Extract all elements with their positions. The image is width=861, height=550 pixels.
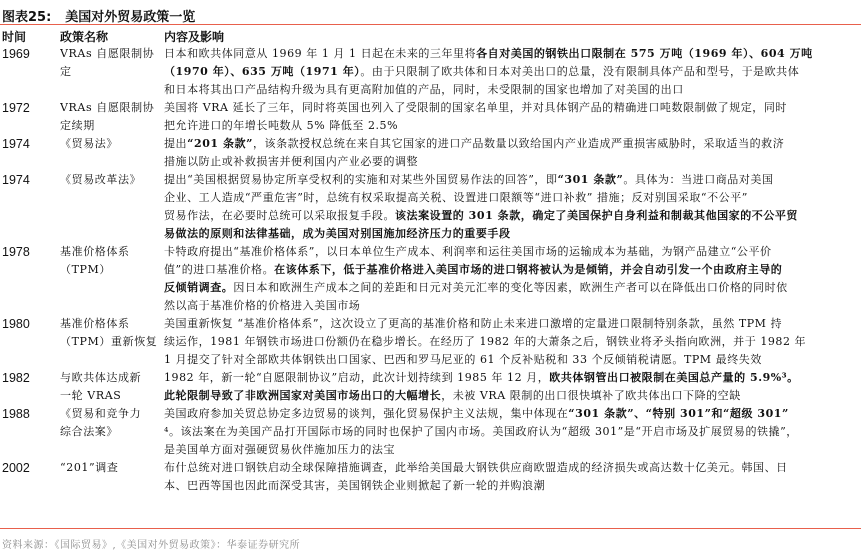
policy-table-body: 1969VRAs 自愿限制协定日本和欧共体同意从 1969 年 1 月 1 日起… [0,45,861,495]
content-line: 反倾销调查。因日本和欧洲生产成本之间的差距和日元对美元汇率的变化等因素，欧洲生产… [164,279,861,297]
figure-label: 图表25: [2,10,51,25]
body-text: 美国将 VRA 延长了三年，同时将英国也列入了受限制的国家名单里，并对具体钢产品… [164,101,787,114]
body-text: 是美国单方面对强硬贸易伙伴施加压力的法宝 [164,443,395,456]
policy-name-line: 《贸易和竞争力 [60,405,164,423]
content-line: 日本和欧共体同意从 1969 年 1 月 1 日起在未来的三年里将各自对美国的钢… [164,45,861,63]
content-line: 易做法的原则和法律基础，成为美国对别国施加经济压力的重要手段 [164,225,861,243]
policy-year: 1969 [0,45,60,99]
body-text: ，未被 VRA 限制的出口很快填补了欧共体出口下降的空缺 [441,389,741,402]
policy-content: 美国重新恢复 “基准价格体系”，这次设立了更高的基准价格和防止未来进口激增的定量… [164,315,861,369]
content-line: 1 月提交了针对全部欧共体钢铁出口国家、巴西和罗马尼亚的 61 个反补贴税和 3… [164,351,861,369]
emphasis-text: “201 条款” [187,137,253,150]
content-line: 然以高于基准价格的价格进入美国市场 [164,297,861,315]
figure-title-text: 美国对外贸易政策一览 [65,10,195,25]
body-text: 企业、工人造成“严重危害”时，总统有权采取提高关税、设置进口限额等“进口补救” … [164,191,748,204]
policy-year: 1978 [0,243,60,315]
emphasis-text: 各自对美国的钢铁出口限制在 575 万吨（1969 年）、604 万吨 [476,47,813,60]
body-text: 1982 年，新一轮“自愿限制协议”启动，此次计划持续到 1985 年 12 月… [164,371,549,384]
policy-name: 《贸易和竞争力综合法案》 [60,405,164,459]
emphasis-text: （1970 年）、635 万吨（1971 年） [164,65,360,78]
content-line: 把允许进口的年增长吨数从 5% 降低至 2.5% [164,117,861,135]
body-text: 布什总统对进口钢铁启动全球保障措施调查，此举给美国最大钢铁供应商欧盟造成的经济损… [164,461,788,474]
table-header: 时间 政策名称 内容及影响 [0,27,861,45]
body-text: 日本和欧共体同意从 1969 年 1 月 1 日起在未来的三年里将 [164,47,476,60]
body-text: 1 月提交了针对全部欧共体钢铁出口国家、巴西和罗马尼亚的 61 个反补贴税和 3… [164,353,762,366]
body-text: 把允许进口的年增长吨数从 5% 降低至 2.5% [164,119,398,132]
table-row: 1980基准价格体系（TPM）重新恢复美国重新恢复 “基准价格体系”，这次设立了… [0,315,861,369]
table-row: 1972VRAs 自愿限制协定续期美国将 VRA 延长了三年，同时将英国也列入了… [0,99,861,135]
body-text: 。由于只限制了欧共体和日本对美出口的总量，没有限制具体产品和型号，于是欧共体 [360,65,799,78]
content-line: ⁴。该法案在为美国产品打开国际市场的同时也保护了国内市场。美国政府认为“超级 3… [164,423,861,441]
policy-year: 2002 [0,459,60,495]
content-line: 此轮限制导致了非欧洲国家对美国市场出口的大幅增长，未被 VRA 限制的出口很快填… [164,387,861,405]
content-line: 和日本将其出口产品结构升级为具有更高附加值的产品，同时，未受限制的国家也增加了对… [164,81,861,99]
content-line: 提出“美国根据贸易协定所享受权利的实施和对某些外国贸易作法的回答”，即“301 … [164,171,861,189]
header-policy-name: 政策名称 [60,28,108,45]
policy-name: 基准价格体系（TPM） [60,243,164,315]
content-line: 本、巴西等国也因此而深受其害，美国钢铁企业则掀起了新一轮的并购浪潮 [164,477,861,495]
policy-year: 1980 [0,315,60,369]
body-text: ，该条款授权总统在来自其它国家的进口产品数量以致给国内产业造成严重损害威胁时，采… [253,137,784,150]
emphasis-text: 在该体系下，低于基准价格进入美国市场的进口钢将被认为是倾销，并会自动引发一个由政… [274,263,782,276]
policy-content: 美国政府参加关贸总协定多边贸易的谈判，强化贸易保护主义法规，集中体现在“301 … [164,405,861,459]
body-text: 续运作，1981 年钢铁市场进口份额仍在稳步增长。在经历了 1982 年的大萧条… [164,335,806,348]
policy-name-line: 一轮 VRAS [60,387,164,405]
body-text: 和日本将其出口产品结构升级为具有更高附加值的产品，同时，未受限制的国家也增加了对… [164,83,684,96]
body-text: 卡特政府提出“基准价格体系”，以日本单位生产成本、利润率和运往美国市场的运输成本… [164,245,772,258]
body-text: 措施以防止或补救损害并便利国内产业必要的调整 [164,155,418,168]
table-row: 1974《贸易改革法》提出“美国根据贸易协定所享受权利的实施和对某些外国贸易作法… [0,171,861,243]
policy-name-line: 基准价格体系 [60,243,164,261]
body-text: 美国重新恢复 “基准价格体系”，这次设立了更高的基准价格和防止未来进口激增的定量… [164,317,782,330]
content-line: 续运作，1981 年钢铁市场进口份额仍在稳步增长。在经历了 1982 年的大萧条… [164,333,861,351]
table-row: 1988《贸易和竞争力综合法案》美国政府参加关贸总协定多边贸易的谈判，强化贸易保… [0,405,861,459]
body-text: 本、巴西等国也因此而深受其害，美国钢铁企业则掀起了新一轮的并购浪潮 [164,479,545,492]
policy-name: 《贸易改革法》 [60,171,164,243]
body-text: 提出“美国根据贸易协定所享受权利的实施和对某些外国贸易作法的回答”，即 [164,173,558,186]
policy-name-line: 与欧共体达成新 [60,369,164,387]
policy-name-line: 基准价格体系 [60,315,164,333]
content-line: 卡特政府提出“基准价格体系”，以日本单位生产成本、利润率和运往美国市场的运输成本… [164,243,861,261]
emphasis-text: 该法案设置的 301 条款，确定了美国保护自身利益和制裁其他国家的不公平贸 [395,209,798,222]
table-row: 1982与欧共体达成新一轮 VRAS1982 年，新一轮“自愿限制协议”启动，此… [0,369,861,405]
policy-name: VRAs 自愿限制协定续期 [60,99,164,135]
content-line: （1970 年）、635 万吨（1971 年）。由于只限制了欧共体和日本对美出口… [164,63,861,81]
content-line: 提出“201 条款”，该条款授权总统在来自其它国家的进口产品数量以致给国内产业造… [164,135,861,153]
content-line: 措施以防止或补救损害并便利国内产业必要的调整 [164,153,861,171]
policy-year: 1974 [0,171,60,243]
policy-content: 提出“201 条款”，该条款授权总统在来自其它国家的进口产品数量以致给国内产业造… [164,135,861,171]
emphasis-text: “301 条款”、“特别 301”和“超级 301” [568,407,789,420]
body-text: 因日本和欧洲生产成本之间的差距和日元对美元汇率的变化等因素，欧洲生产者可以在降低… [233,281,787,294]
policy-content: 美国将 VRA 延长了三年，同时将英国也列入了受限制的国家名单里，并对具体钢产品… [164,99,861,135]
policy-year: 1972 [0,99,60,135]
body-text: 。具体为：当进口商品对美国 [623,173,773,186]
policy-year: 1988 [0,405,60,459]
policy-name-line: （TPM）重新恢复 [60,333,164,351]
policy-name-line: （TPM） [60,261,164,279]
policy-name: “201”调查 [60,459,164,495]
content-line: 布什总统对进口钢铁启动全球保障措施调查，此举给美国最大钢铁供应商欧盟造成的经济损… [164,459,861,477]
content-line: 美国重新恢复 “基准价格体系”，这次设立了更高的基准价格和防止未来进口激增的定量… [164,315,861,333]
emphasis-text: 此轮限制导致了非欧洲国家对美国市场出口的大幅增长 [164,389,441,402]
content-line: 1982 年，新一轮“自愿限制协议”启动，此次计划持续到 1985 年 12 月… [164,369,861,387]
body-text: 提出 [164,137,187,150]
content-line: 美国政府参加关贸总协定多边贸易的谈判，强化贸易保护主义法规，集中体现在“301 … [164,405,861,423]
content-line: 值”的进口基准价格。在该体系下，低于基准价格进入美国市场的进口钢将被认为是倾销，… [164,261,861,279]
content-line: 美国将 VRA 延长了三年，同时将英国也列入了受限制的国家名单里，并对具体钢产品… [164,99,861,117]
table-row: 2002“201”调查布什总统对进口钢铁启动全球保障措施调查，此举给美国最大钢铁… [0,459,861,495]
policy-name: 《贸易法》 [60,135,164,171]
header-content: 内容及影响 [164,28,224,45]
policy-content: 布什总统对进口钢铁启动全球保障措施调查，此举给美国最大钢铁供应商欧盟造成的经济损… [164,459,861,495]
policy-name-line: 《贸易法》 [60,135,164,153]
policy-name: VRAs 自愿限制协定 [60,45,164,99]
emphasis-text: 欧共体钢管出口被限制在美国总产量的 5.9%³。 [549,371,798,384]
figure-title: 图表25:美国对外贸易政策一览 [2,6,195,25]
policy-name-line: 综合法案》 [60,423,164,441]
body-text: 值”的进口基准价格。 [164,263,274,276]
body-text: 然以高于基准价格的价格进入美国市场 [164,299,360,312]
table-row: 1974《贸易法》提出“201 条款”，该条款授权总统在来自其它国家的进口产品数… [0,135,861,171]
body-text: 贸易作法，在必要时总统可以采取报复手段。 [164,209,395,222]
policy-name-line: VRAs 自愿限制协 [60,45,164,63]
emphasis-text: “301 条款” [558,173,624,186]
policy-content: 提出“美国根据贸易协定所享受权利的实施和对某些外国贸易作法的回答”，即“301 … [164,171,861,243]
body-text: 美国政府参加关贸总协定多边贸易的谈判，强化贸易保护主义法规，集中体现在 [164,407,568,420]
policy-name-line: 《贸易改革法》 [60,171,164,189]
content-line: 企业、工人造成“严重危害”时，总统有权采取提高关税、设置进口限额等“进口补救” … [164,189,861,207]
policy-name-line: 定续期 [60,117,164,135]
policy-name: 与欧共体达成新一轮 VRAS [60,369,164,405]
policy-year: 1974 [0,135,60,171]
policy-content: 卡特政府提出“基准价格体系”，以日本单位生产成本、利润率和运往美国市场的运输成本… [164,243,861,315]
table-row: 1978基准价格体系（TPM）卡特政府提出“基准价格体系”，以日本单位生产成本、… [0,243,861,315]
content-line: 贸易作法，在必要时总统可以采取报复手段。该法案设置的 301 条款，确定了美国保… [164,207,861,225]
policy-name: 基准价格体系（TPM）重新恢复 [60,315,164,369]
policy-content: 日本和欧共体同意从 1969 年 1 月 1 日起在未来的三年里将各自对美国的钢… [164,45,861,99]
content-line: 是美国单方面对强硬贸易伙伴施加压力的法宝 [164,441,861,459]
top-rule [0,24,861,25]
policy-content: 1982 年，新一轮“自愿限制协议”启动，此次计划持续到 1985 年 12 月… [164,369,861,405]
policy-name-line: 定 [60,63,164,81]
policy-name-line: VRAs 自愿限制协 [60,99,164,117]
bottom-rule [0,528,861,529]
policy-name-line: “201”调查 [60,459,164,477]
header-year: 时间 [2,28,26,45]
body-text: ⁴。该法案在为美国产品打开国际市场的同时也保护了国内市场。美国政府认为“超级 3… [164,425,798,438]
emphasis-text: 易做法的原则和法律基础，成为美国对别国施加经济压力的重要手段 [164,227,511,240]
emphasis-text: 反倾销调查。 [164,281,233,294]
table-row: 1969VRAs 自愿限制协定日本和欧共体同意从 1969 年 1 月 1 日起… [0,45,861,99]
policy-year: 1982 [0,369,60,405]
source-note: 资料来源：《国际贸易》,《美国对外贸易政策》：华泰证券研究所 [2,536,300,550]
